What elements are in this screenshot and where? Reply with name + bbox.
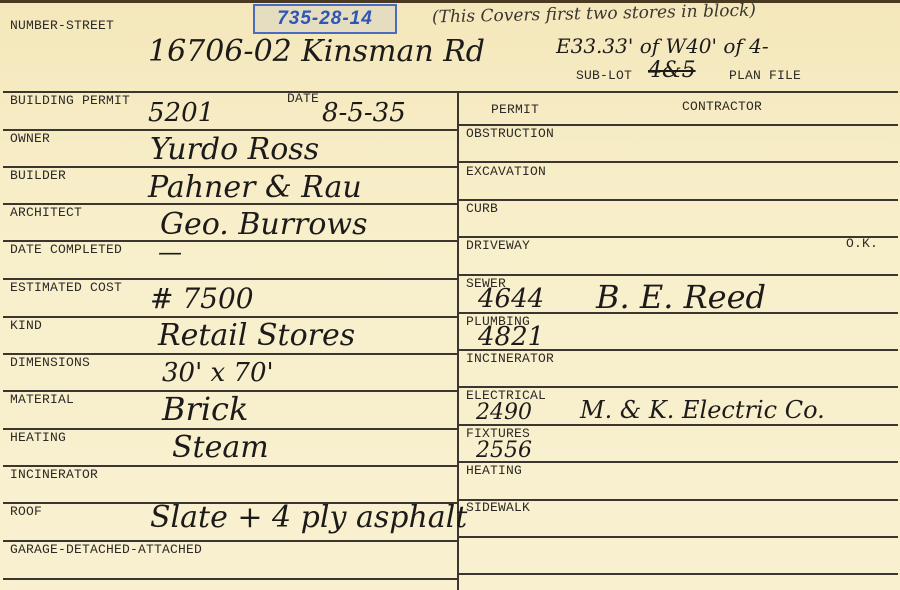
- sidewalk-label: SIDEWALK: [466, 500, 530, 515]
- heating-value: Steam: [172, 430, 269, 465]
- date-value: 8-5-35: [322, 98, 406, 128]
- fixtures-permit-value: 2556: [476, 438, 532, 463]
- rule-line: [3, 578, 458, 580]
- plan-file-label: PLAN FILE: [729, 68, 801, 83]
- building-permit-value: 5201: [148, 98, 214, 128]
- contractor-column-header: CONTRACTOR: [682, 99, 762, 114]
- roof-value: Slate + 4 ply asphalt: [150, 500, 467, 535]
- rule-line: [459, 274, 898, 276]
- architect-label: ARCHITECT: [10, 205, 82, 220]
- handwritten-note: (This Covers first two stores in block): [432, 1, 756, 28]
- incinerator-label: INCINERATOR: [10, 467, 98, 482]
- sewer-contractor-value: B. E. Reed: [596, 278, 766, 316]
- rule-line: [3, 91, 898, 93]
- rule-line: [459, 161, 898, 163]
- address-value: 16706-02 Kinsman Rd: [148, 34, 485, 69]
- material-value: Brick: [162, 390, 248, 428]
- heating-label: HEATING: [10, 430, 66, 445]
- garage-label: GARAGE-DETACHED-ATTACHED: [10, 542, 202, 557]
- builder-value: Pahner & Rau: [148, 170, 362, 205]
- kind-value: Retail Stores: [158, 318, 355, 353]
- material-label: MATERIAL: [10, 392, 74, 407]
- date-completed-value: —: [158, 238, 182, 266]
- dimensions-label: DIMENSIONS: [10, 355, 90, 370]
- rule-line: [459, 536, 898, 538]
- excavation-label: EXCAVATION: [466, 164, 546, 179]
- plumbing-permit-value: 4821: [478, 322, 544, 352]
- permit-card: NUMBER-STREET 735-28-14 (This Covers fir…: [0, 0, 900, 590]
- driveway-label: DRIVEWAY: [466, 238, 530, 253]
- owner-value: Yurdo Ross: [150, 132, 319, 167]
- estimated-cost-label: ESTIMATED COST: [10, 280, 122, 295]
- sewer-permit-value: 4644: [478, 284, 544, 314]
- number-street-label: NUMBER-STREET: [10, 18, 114, 33]
- ledger-stamp: 735-28-14: [253, 4, 397, 34]
- permit-column-header: PERMIT: [491, 102, 539, 117]
- building-permit-label: BUILDING PERMIT: [10, 93, 130, 108]
- curb-label: CURB: [466, 201, 498, 216]
- roof-label: ROOF: [10, 504, 42, 519]
- owner-label: OWNER: [10, 131, 50, 146]
- electrical-permit-value: 2490: [476, 400, 532, 425]
- estimated-cost-value: # 7500: [150, 282, 254, 315]
- kind-label: KIND: [10, 318, 42, 333]
- electrical-contractor-value: M. & K. Electric Co.: [580, 396, 825, 424]
- sub-lot-label: SUB-LOT: [576, 68, 632, 83]
- driveway-ok-note: O.K.: [846, 236, 878, 251]
- rule-line: [3, 129, 458, 131]
- date-label: DATE: [287, 91, 319, 106]
- obstruction-label: OBSTRUCTION: [466, 126, 554, 141]
- incinerator-permit-label: INCINERATOR: [466, 351, 554, 366]
- rule-line: [459, 199, 898, 201]
- lot-description: E33.33' of W40' of 4-: [556, 34, 769, 58]
- heating-permit-label: HEATING: [466, 463, 522, 478]
- architect-value: Geo. Burrows: [160, 207, 368, 242]
- dimensions-value: 30' x 70': [162, 358, 274, 388]
- date-completed-label: DATE COMPLETED: [10, 242, 122, 257]
- rule-line: [459, 573, 898, 575]
- builder-label: BUILDER: [10, 168, 66, 183]
- card-top-edge: [0, 0, 900, 3]
- sub-lot-value: 4&5: [648, 58, 696, 83]
